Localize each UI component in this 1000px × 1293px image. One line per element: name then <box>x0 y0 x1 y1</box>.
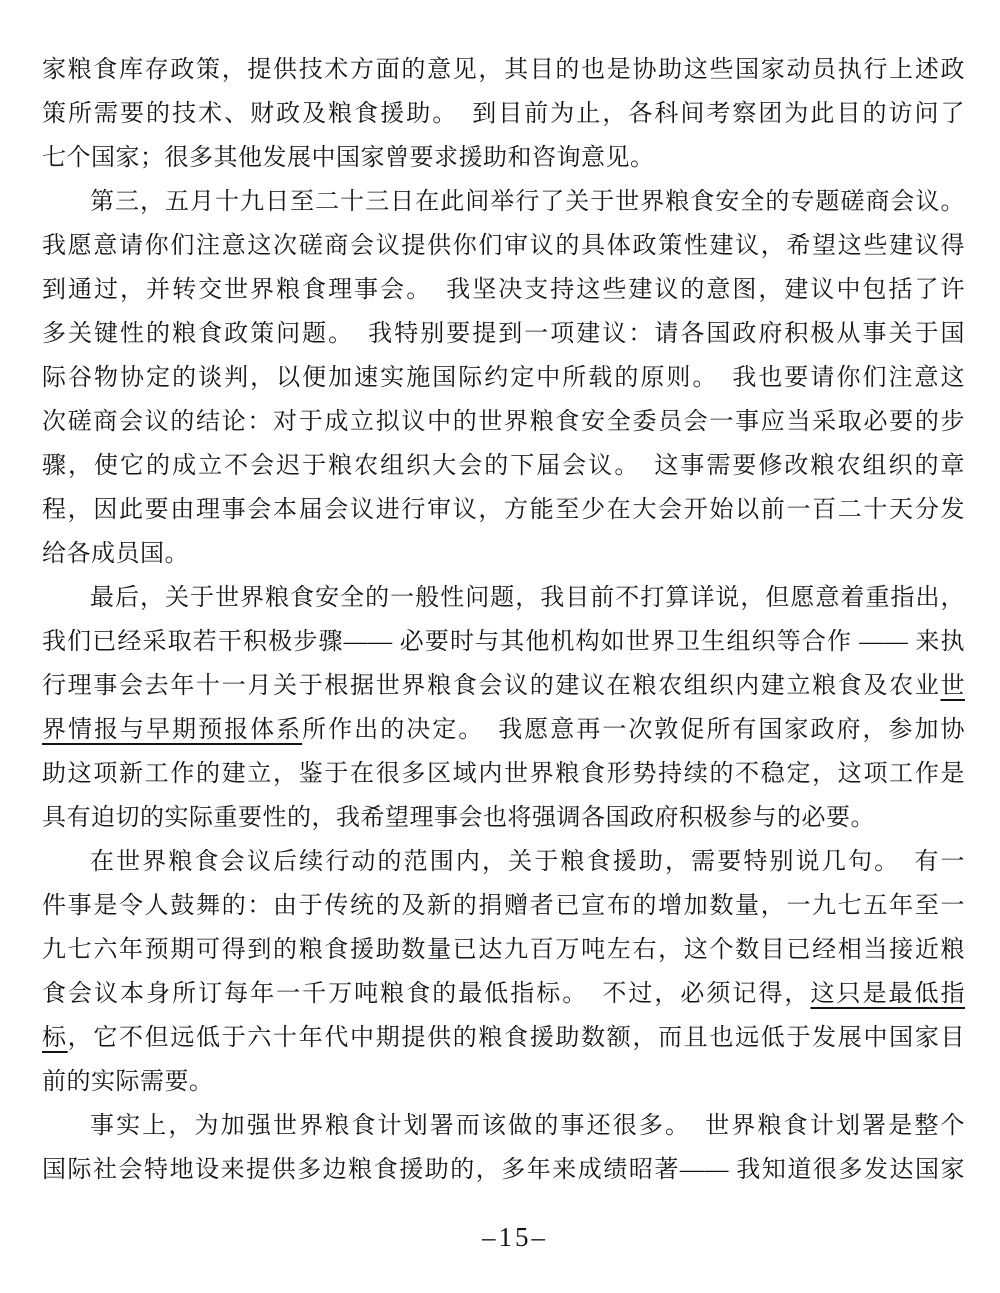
underlined-text-run: 世 <box>941 673 966 699</box>
text-run: 助这项新工作的建立，鉴于在很多区域内世界粮食形势持续的不稳定，这项工作是 <box>42 761 965 787</box>
text-run: 具有迫切的实际重要性的，我希望理事会也将强调各国政府积极参与的必要。 <box>42 805 875 831</box>
text-run: 七个国家；很多其他发展中国家曾要求援助和咨询意见。 <box>42 145 655 171</box>
text-run: ，它不但远低于六十年代中期提供的粮食援助数额，而且也远低于发展中国家目 <box>68 1025 965 1051</box>
text-run: 前的实际需要。 <box>42 1069 214 1095</box>
text-line: 骤，使它的成立不会迟于粮农组织大会的下届会议。 这事需要修改粮农组织的章 <box>42 444 965 488</box>
text-line: 我们已经采取若干积极步骤—— 必要时与其他机构如世界卫生组织等合作 —— 来执 <box>42 620 965 664</box>
text-run: 国际社会特地设来提供多边粮食援助的，多年来成绩昭著—— 我知道很多发达国家 <box>42 1157 965 1183</box>
text-run: 第三，五月十九日至二十三日在此间举行了关于世界粮食安全的专题磋商会议。 <box>90 189 965 215</box>
text-line: 助这项新工作的建立，鉴于在很多区域内世界粮食形势持续的不稳定，这项工作是 <box>42 752 965 796</box>
text-line: 界情报与早期预报体系所作出的决定。 我愿意再一次敦促所有国家政府，参加协 <box>42 708 965 752</box>
text-line: 次磋商会议的结论：对于成立拟议中的世界粮食安全委员会一事应当采取必要的步 <box>42 400 965 444</box>
text-line: 在世界粮食会议后续行动的范围内，关于粮食援助，需要特别说几句。 有一 <box>42 840 965 884</box>
text-run: 际谷物协定的谈判，以便加速实施国际约定中所载的原则。 我也要请你们注意这 <box>42 365 965 391</box>
text-line: 际谷物协定的谈判，以便加速实施国际约定中所载的原则。 我也要请你们注意这 <box>42 356 965 400</box>
text-run: 我愿意请你们注意这次磋商会议提供你们审议的具体政策性建议，希望这些建议得 <box>42 233 965 259</box>
text-line: 最后，关于世界粮食安全的一般性问题，我目前不打算详说，但愿意着重指出， <box>42 576 965 620</box>
underlined-text-run: 这只是最低指 <box>810 981 965 1007</box>
text-run: 事实上，为加强世界粮食计划署而该做的事还很多。 世界粮食计划署是整个 <box>90 1113 965 1139</box>
text-line: 七个国家；很多其他发展中国家曾要求援助和咨询意见。 <box>42 136 965 180</box>
text-line: 多关键性的粮食政策问题。 我特别要提到一项建议：请各国政府积极从事关于国 <box>42 312 965 356</box>
text-run: 食会议本身所订每年一千万吨粮食的最低指标。 不过，必须记得， <box>42 981 810 1007</box>
text-line: 家粮食库存政策，提供技术方面的意见，其目的也是协助这些国家动员执行上述政 <box>42 48 965 92</box>
underlined-text-run: 界情报与早期预报体系 <box>42 717 302 743</box>
text-line: 食会议本身所订每年一千万吨粮食的最低指标。 不过，必须记得，这只是最低指 <box>42 972 965 1016</box>
page-number: –15– <box>0 1222 1000 1253</box>
text-run: 九七六年预期可得到的粮食援助数量已达九百万吨左右，这个数目已经相当接近粮 <box>42 937 965 963</box>
text-run: 所作出的决定。 我愿意再一次敦促所有国家政府，参加协 <box>302 717 965 743</box>
text-line: 策所需要的技术、财政及粮食援助。 到目前为止，各科间考察团为此目的访问了 <box>42 92 965 136</box>
body-text: 家粮食库存政策，提供技术方面的意见，其目的也是协助这些国家动员执行上述政 策所需… <box>42 48 965 1192</box>
text-line: 九七六年预期可得到的粮食援助数量已达九百万吨左右，这个数目已经相当接近粮 <box>42 928 965 972</box>
text-line: 我愿意请你们注意这次磋商会议提供你们审议的具体政策性建议，希望这些建议得 <box>42 224 965 268</box>
text-run: 骤，使它的成立不会迟于粮农组织大会的下届会议。 这事需要修改粮农组织的章 <box>42 453 965 479</box>
text-line: 行理事会去年十一月关于根据世界粮食会议的建议在粮农组织内建立粮食及农业世 <box>42 664 965 708</box>
text-line: 国际社会特地设来提供多边粮食援助的，多年来成绩昭著—— 我知道很多发达国家 <box>42 1148 965 1192</box>
text-line: 事实上，为加强世界粮食计划署而该做的事还很多。 世界粮食计划署是整个 <box>42 1104 965 1148</box>
text-run: 程，因此要由理事会本届会议进行审议，方能至少在大会开始以前一百二十天分发 <box>42 497 965 523</box>
text-run: 给各成员国。 <box>42 541 189 567</box>
text-run: 我们已经采取若干积极步骤—— 必要时与其他机构如世界卫生组织等合作 —— 来执 <box>42 629 965 655</box>
text-run: 策所需要的技术、财政及粮食援助。 到目前为止，各科间考察团为此目的访问了 <box>42 101 965 127</box>
text-line: 前的实际需要。 <box>42 1060 965 1104</box>
text-run: 次磋商会议的结论：对于成立拟议中的世界粮食安全委员会一事应当采取必要的步 <box>42 409 965 435</box>
text-line: 给各成员国。 <box>42 532 965 576</box>
text-line: 到通过，并转交世界粮食理事会。 我坚决支持这些建议的意图，建议中包括了许 <box>42 268 965 312</box>
text-run: 多关键性的粮食政策问题。 我特别要提到一项建议：请各国政府积极从事关于国 <box>42 321 965 347</box>
text-line: 第三，五月十九日至二十三日在此间举行了关于世界粮食安全的专题磋商会议。 <box>42 180 965 224</box>
text-run: 家粮食库存政策，提供技术方面的意见，其目的也是协助这些国家动员执行上述政 <box>42 57 965 83</box>
text-run: 在世界粮食会议后续行动的范围内，关于粮食援助，需要特别说几句。 有一 <box>90 849 965 875</box>
text-line: 标，它不但远低于六十年代中期提供的粮食援助数额，而且也远低于发展中国家目 <box>42 1016 965 1060</box>
text-run: 件事是令人鼓舞的：由于传统的及新的捐赠者已宣布的增加数量，一九七五年至一 <box>42 893 965 919</box>
scanned-document-page: 家粮食库存政策，提供技术方面的意见，其目的也是协助这些国家动员执行上述政 策所需… <box>0 0 1000 1293</box>
text-run: 到通过，并转交世界粮食理事会。 我坚决支持这些建议的意图，建议中包括了许 <box>42 277 965 303</box>
text-run: 最后，关于世界粮食安全的一般性问题，我目前不打算详说，但愿意着重指出， <box>90 585 965 611</box>
text-run: 行理事会去年十一月关于根据世界粮食会议的建议在粮农组织内建立粮食及农业 <box>42 673 941 699</box>
text-line: 具有迫切的实际重要性的，我希望理事会也将强调各国政府积极参与的必要。 <box>42 796 965 840</box>
text-line: 件事是令人鼓舞的：由于传统的及新的捐赠者已宣布的增加数量，一九七五年至一 <box>42 884 965 928</box>
underlined-text-run: 标 <box>42 1025 68 1051</box>
text-line: 程，因此要由理事会本届会议进行审议，方能至少在大会开始以前一百二十天分发 <box>42 488 965 532</box>
